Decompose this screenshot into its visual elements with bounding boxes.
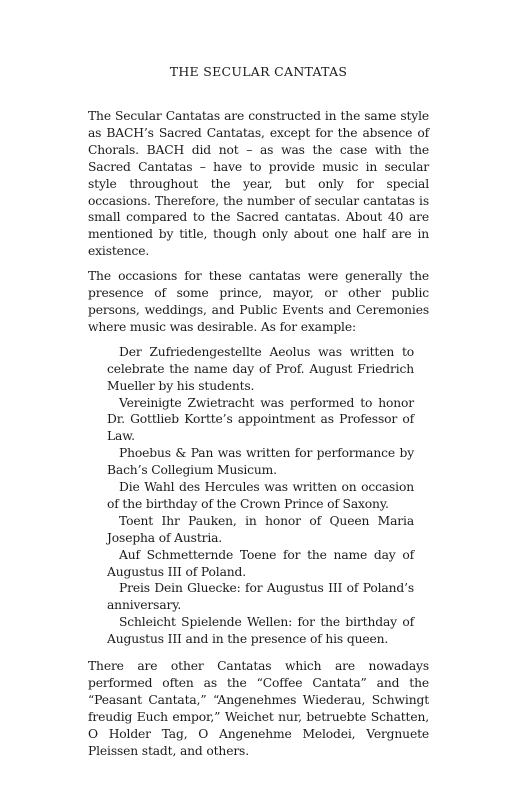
example-item: Die Wahl des Hercules was written on occ… — [107, 479, 414, 513]
example-item: Phoebus & Pan was written for performanc… — [107, 445, 414, 479]
intro-paragraph: The Secular Cantatas are constructed in … — [88, 108, 429, 260]
example-item: Vereinigte Zwietracht was performed to h… — [107, 395, 414, 446]
examples-list: Der Zufriedengestellte Aeolus was writte… — [107, 344, 414, 648]
example-item: Toent Ihr Pauken, in honor of Queen Mari… — [107, 513, 414, 547]
example-item: Auf Schmetternde Toene for the name day … — [107, 547, 414, 581]
occasions-paragraph: The occasions for these cantatas were ge… — [88, 268, 429, 336]
example-item: Schleicht Spielende Wellen: for the birt… — [107, 614, 414, 648]
closing-paragraph: There are other Cantatas which are nowad… — [88, 658, 429, 759]
page-title: THE SECULAR CANTATAS — [88, 64, 429, 80]
document-page: THE SECULAR CANTATAS The Secular Cantata… — [88, 64, 429, 768]
example-item: Preis Dein Gluecke: for Augustus III of … — [107, 580, 414, 614]
example-item: Der Zufriedengestellte Aeolus was writte… — [107, 344, 414, 395]
